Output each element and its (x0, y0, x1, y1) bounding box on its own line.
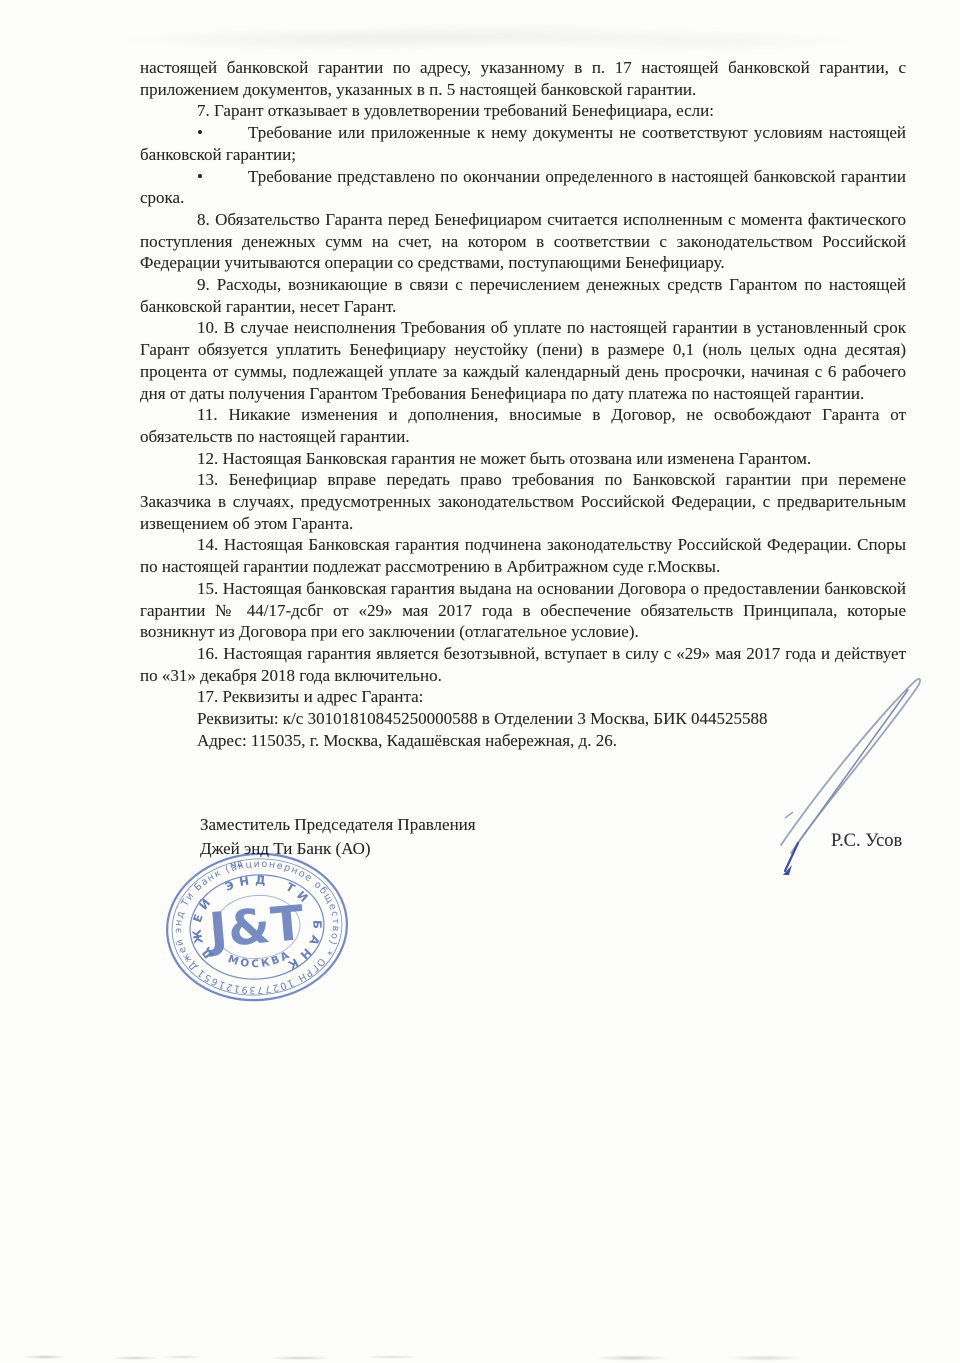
clause-10: 10. В случае неисполнения Требования об … (140, 317, 906, 404)
document-page: настоящей банковской гарантии по адресу,… (0, 0, 960, 1363)
clause-12: 12. Настоящая Банковская гарантия не мож… (140, 448, 906, 470)
clause-9: 9. Расходы, возникающие в связи с перечи… (140, 274, 906, 317)
signature-barb (785, 812, 793, 818)
bullet-icon: • (197, 123, 203, 142)
bank-seal-stamp: Джей энд Ти Банк (акционерное общество) … (158, 845, 363, 1010)
clause-8: 8. Обязательство Гаранта перед Бенефициа… (140, 209, 906, 274)
signature-cross-stroke (798, 690, 908, 843)
scan-smudge-top (120, 22, 860, 54)
clause-14: 14. Настоящая Банковская гарантия подчин… (140, 534, 906, 577)
signatory-position: Заместитель Председателя Правления (200, 813, 476, 837)
clause-11: 11. Никакие изменения и дополнения, внос… (140, 404, 906, 447)
bullet-text: Требование представлено по окончании опр… (140, 167, 906, 208)
document-body: настоящей банковской гарантии по адресу,… (140, 57, 906, 752)
clause-continuation: настоящей банковской гарантии по адресу,… (140, 57, 906, 100)
clause-7-bullet-1: •Требование или приложенные к нему докум… (140, 122, 906, 165)
bullet-text: Требование или приложенные к нему докуме… (140, 123, 906, 164)
clause-7: 7. Гарант отказывает в удовлетворении тр… (140, 100, 906, 122)
stamp-jandt-logo: J&T (204, 895, 307, 959)
signature-loop-stroke (781, 679, 920, 853)
bullet-icon: • (197, 167, 203, 186)
scan-smudge-bottom (0, 1348, 960, 1363)
clause-15: 15. Настоящая банковская гарантия выдана… (140, 578, 906, 643)
handwritten-signature (758, 658, 933, 888)
clause-13: 13. Бенефициар вправе передать право тре… (140, 469, 906, 534)
signature-tail-stroke (785, 843, 798, 871)
clause-7-bullet-2: •Требование представлено по окончании оп… (140, 166, 906, 209)
